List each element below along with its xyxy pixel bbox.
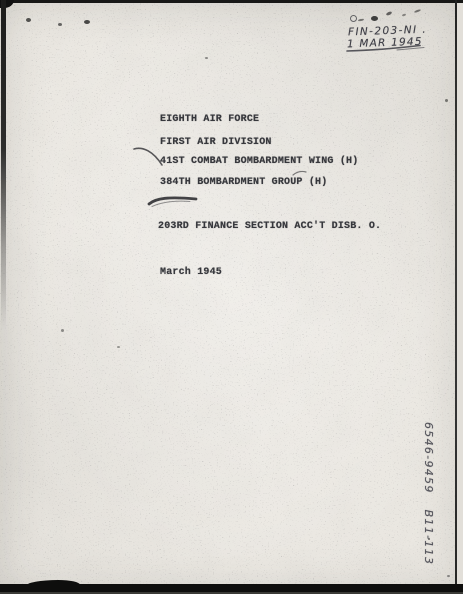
typed-line-command: EIGHTH AIR FORCE	[160, 114, 259, 125]
pen-marks-layer	[0, 0, 463, 594]
stain-dash	[386, 11, 393, 16]
stain-speck	[205, 57, 208, 59]
typed-line-date: March 1945	[160, 267, 222, 278]
stain-speck	[117, 346, 120, 348]
stain-speck	[447, 575, 450, 577]
scan-right-margin-strip	[457, 3, 463, 592]
stain-speck	[445, 99, 448, 102]
pen-flick-mark	[134, 148, 162, 165]
typed-line-wing: 41ST COMBAT BOMBARDMENT WING (H)	[160, 156, 358, 167]
scan-bottom-edge-bar	[0, 584, 463, 592]
stain-speck	[84, 20, 90, 24]
typed-line-group: 384TH BOMBARDMENT GROUP (H)	[160, 177, 327, 188]
stain-dash	[414, 9, 421, 13]
stain-speck	[26, 18, 31, 22]
film-number-lower: B11-113	[423, 510, 436, 566]
pen-tilde-mark	[293, 171, 306, 175]
film-grain-texture	[0, 0, 463, 594]
stain-speck	[58, 23, 62, 26]
stain-speck	[61, 329, 64, 332]
scan-top-edge	[0, 0, 463, 3]
typed-line-subject: 203RD FINANCE SECTION ACC'T DISB. O.	[158, 221, 381, 232]
stain-dash	[358, 18, 364, 21]
typed-line-division: FIRST AIR DIVISION	[160, 137, 272, 148]
stain-dash	[402, 13, 406, 16]
stain-ring	[350, 15, 357, 22]
scan-left-edge-band	[1, 0, 6, 330]
pen-underline-swoosh	[149, 198, 196, 204]
stain-speck	[371, 16, 378, 21]
pen-underline-swoosh-echo	[152, 201, 190, 206]
film-number-upper: 6546-9459	[423, 422, 436, 494]
scan-right-edge-line	[455, 0, 457, 594]
handwritten-catalog-date: 1 MAR 1945	[347, 36, 423, 51]
handwritten-film-number: 6546-9459 B11-113	[418, 422, 440, 542]
scanned-document-page: FIN-203-NI . 1 MAR 1945 EIGHTH AIR FORCE…	[0, 0, 463, 594]
